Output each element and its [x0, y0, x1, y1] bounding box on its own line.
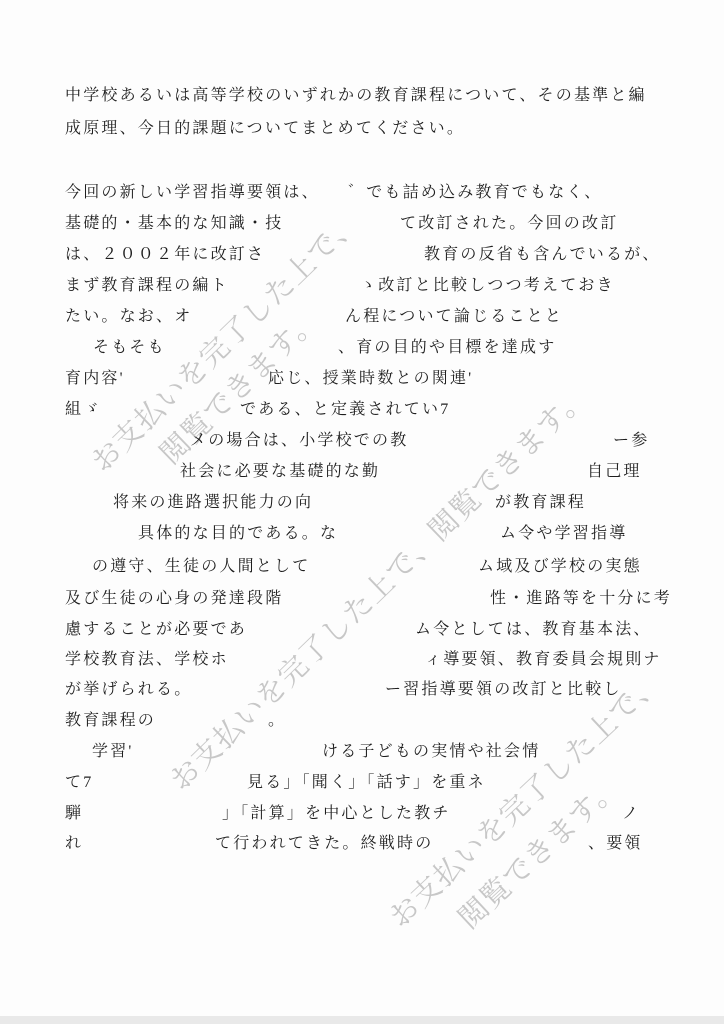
body-text-fragment: 社会に必要な基礎的な勤 [180, 461, 380, 483]
body-text-fragment: 今回の新しい学習指導要領は、 [65, 182, 320, 204]
question-line-fragment: 中学校あるいは高等学校のいずれかの教育課程について、その基準と編 [65, 85, 647, 107]
body-text-fragment: ゝ改訂と比較しつつ考えておき [360, 275, 615, 297]
body-text-fragment: ー参 [613, 430, 649, 452]
body-text-fragment: 教育課程の [65, 710, 156, 732]
body-text-fragment: 学校教育法、学校ホ [65, 649, 229, 671]
body-text-fragment: ん程について論じることと [345, 306, 563, 328]
body-text-fragment: て7 [65, 772, 93, 794]
body-text-fragment: 自己理 [587, 461, 642, 483]
body-text-fragment: まず教育課程の編ト [65, 275, 229, 297]
body-text-fragment: 」「計算」を中心とした教チ [222, 803, 451, 825]
body-text-fragment: 及び生徒の心身の発達段階 [65, 588, 283, 610]
body-text-fragment: 。 [268, 710, 286, 732]
body-text-fragment: である、と定義されてい7 [240, 399, 450, 421]
body-text-fragment: 慮することが必要であ [65, 619, 247, 641]
body-text-fragment: 応じ、授業時数との関連' [268, 368, 473, 390]
body-text-fragment: が挙げられる。 [65, 679, 192, 701]
body-text-fragment: 学習' [92, 741, 133, 763]
body-text-fragment: が教育課程 [495, 492, 586, 514]
body-text-fragment: ィ導要領、教育委員会規則ナ [425, 649, 662, 671]
document-page: お支払いを完了した上で、閲覧できます。お支払いを完了した上で、閲覧できます。お支… [0, 0, 724, 1024]
body-text-fragment: 組ゞ [65, 399, 101, 421]
body-text-fragment: 、育の目的や目標を達成す [338, 337, 556, 359]
body-text-fragment: ける子どもの実情や社会情 [322, 741, 540, 763]
body-text-fragment: ノ [622, 803, 640, 825]
body-text-fragment: たい。なお、オ [65, 306, 192, 328]
body-text-fragment: そもそも [93, 337, 166, 359]
body-text-fragment: 性・進路等を十分に考 [490, 588, 672, 610]
body-text-fragment: 具体的な目的である。な [138, 523, 338, 545]
body-text-fragment: は、２００２年に改訂さ [65, 244, 265, 266]
body-text-fragment: れ [65, 833, 83, 855]
text-layer: 中学校あるいは高等学校のいずれかの教育課程について、その基準と編成原理、今日的課… [0, 0, 724, 1024]
page-bottom-edge [0, 1016, 724, 1024]
body-text-fragment: て改訂された。今回の改訂 [400, 213, 618, 235]
body-text-fragment: ゛でも詰め込み教育でもなく、 [348, 182, 602, 204]
body-text-fragment: メの場合は、小学校での教 [190, 430, 408, 452]
body-text-fragment: の遵守、生徒の人間として [92, 556, 310, 578]
question-line-fragment: 成原理、今日的課題についてまとめてください。 [65, 118, 465, 140]
body-text-fragment: て行われてきた。終戦時の [215, 833, 433, 855]
body-text-fragment: ー習指導要領の改訂と比較し [385, 679, 622, 701]
body-text-fragment: 騨 [65, 803, 83, 825]
body-text-fragment: 教育の反省も含んでいるが、 [424, 244, 661, 266]
body-text-fragment: 将来の進路選択能力の向 [113, 492, 313, 514]
body-text-fragment: 、要領 [588, 833, 643, 855]
body-text-fragment: ム令としては、教育基本法、 [415, 619, 652, 641]
body-text-fragment: 見る」「聞く」「話す」を重ネ [247, 772, 486, 794]
body-text-fragment: 基礎的・基本的な知識・技 [65, 213, 283, 235]
body-text-fragment: 育内容' [65, 368, 125, 390]
body-text-fragment: ム令や学習指導 [500, 523, 627, 545]
body-text-fragment: ム域及び学校の実態 [478, 556, 642, 578]
